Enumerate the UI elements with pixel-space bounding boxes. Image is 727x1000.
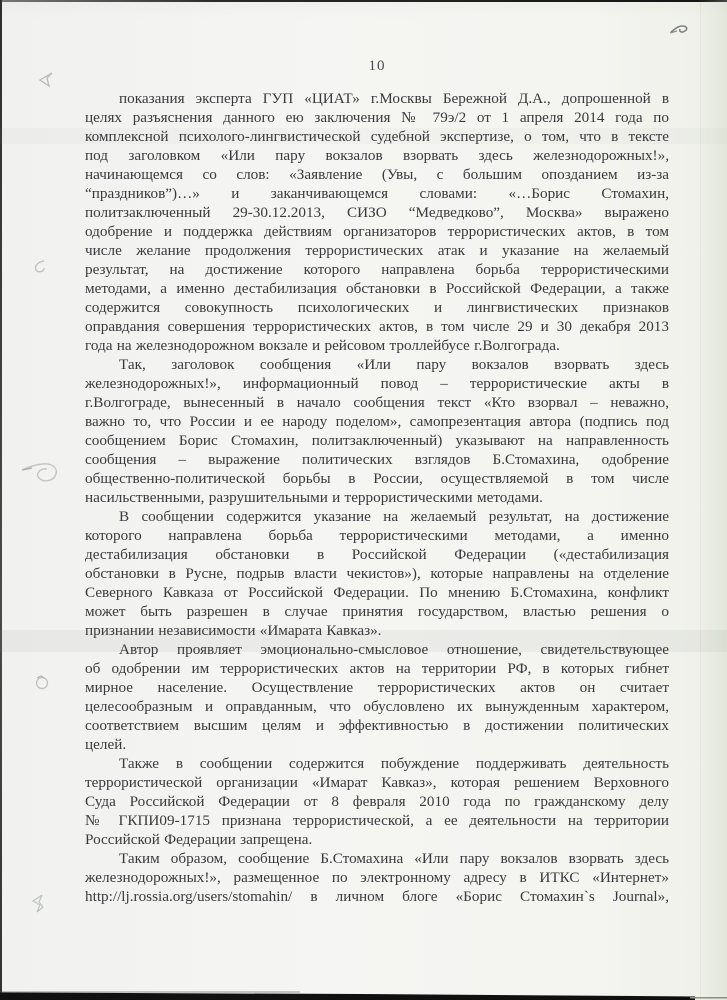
text-line: Автор проявляет эмоционально-смысловое о… [85, 640, 669, 659]
text-line: политзаключенный 29-30.12.2013, СИЗО “Ме… [85, 203, 669, 222]
text-line: железнодорожных!», информационный повод … [85, 374, 669, 393]
text-line: может быть разрешен в случае принятия го… [85, 602, 669, 621]
text-line: целях разъяснения данного ею заключения … [85, 108, 669, 127]
scan-edge-left [0, 0, 2, 1000]
text-line: целесообразным и оправданным, что обусло… [85, 697, 669, 716]
text-line: обстановки в Русне, подрыв власти чекист… [85, 564, 669, 583]
text-line: числе желание продолжения террористическ… [85, 241, 669, 260]
text-line: Северного Кавказа от Российской Федераци… [85, 583, 669, 602]
text-line: Таким образом, сообщение Б.Стомахина «Ил… [85, 849, 669, 868]
paper-scuff-icon [30, 258, 50, 276]
text-line: сообщения – выражение политических взгля… [85, 450, 669, 469]
paragraph: Таким образом, сообщение Б.Стомахина «Ил… [85, 849, 669, 906]
text-line: начинающемся со слов: «Заявление (Увы, с… [85, 165, 669, 184]
text-line: целей. [85, 735, 669, 754]
page-number: 10 [85, 58, 669, 75]
text-line: Так, заголовок сообщения «Или пару вокза… [85, 355, 669, 374]
text-line: Суда Российской Федерации от 8 февраля 2… [85, 792, 669, 811]
paragraph: Также в сообщении содержится побуждение … [85, 754, 669, 849]
text-line: насильственными, разрушительными и терро… [85, 488, 669, 507]
paragraph: В сообщении содержится указание на желае… [85, 507, 669, 640]
paragraph: Так, заголовок сообщения «Или пару вокза… [85, 355, 669, 507]
paper-scuff-icon [36, 70, 58, 92]
scan-shade-right [697, 0, 727, 1000]
text-line: методами, а именно дестабилизация обстан… [85, 279, 669, 298]
text-line: одобрение и поддержка действиям организа… [85, 222, 669, 241]
scan-fold-line [700, 0, 701, 1000]
text-line: содержится совокупность психологических … [85, 298, 669, 317]
text-line: железнодорожных!», размещенное по электр… [85, 868, 669, 887]
text-body: показания эксперта ГУП «ЦИАТ» г.Москвы Б… [85, 89, 669, 906]
text-line: результат, на достижение которого направ… [85, 260, 669, 279]
scan-edge-top [0, 0, 727, 2]
paper-scuff-icon [28, 892, 52, 918]
text-line: года на железнодорожном вокзале и рейсов… [85, 336, 669, 355]
text-line: “праздников”)…» и заканчивающемся словам… [85, 184, 669, 203]
text-line: важно то, что России и ее народу поделом… [85, 412, 669, 431]
paragraph: показания эксперта ГУП «ЦИАТ» г.Москвы Б… [85, 89, 669, 355]
paper-scuff-icon [32, 672, 52, 692]
text-line: В сообщении содержится указание на желае… [85, 507, 669, 526]
text-line: Российской Федерации запрещена. [85, 830, 669, 849]
text-line: под заголовком «Или пару вокзалов взорва… [85, 146, 669, 165]
text-line: мирное население. Осуществление террорис… [85, 678, 669, 697]
text-line: террористической организации «Имарат Кав… [85, 773, 669, 792]
text-line: оправдания совершения террористических а… [85, 317, 669, 336]
text-line: http://lj.rossia.org/users/stomahin/ в л… [85, 887, 669, 906]
text-line: которого направлена борьба террористичес… [85, 526, 669, 545]
scanned-document-page: 10 показания эксперта ГУП «ЦИАТ» г.Москв… [0, 0, 727, 1000]
text-line: сообщением Борис Стомахин, политзаключен… [85, 431, 669, 450]
text-line: об одобрении им террористических актов н… [85, 659, 669, 678]
text-line: общественно-политической борьбы в России… [85, 469, 669, 488]
paper-smudge-icon [20, 458, 64, 488]
text-line: г.Волгограде, вынесенный в начало сообще… [85, 393, 669, 412]
text-line: Также в сообщении содержится побуждение … [85, 754, 669, 773]
text-line: признании независимости «Имарата Кавказ»… [85, 621, 669, 640]
text-line: дестабилизация обстановки в Российской Ф… [85, 545, 669, 564]
text-line: № ГКПИ09-1715 признана террористической,… [85, 811, 669, 830]
paragraph: Автор проявляет эмоционально-смысловое о… [85, 640, 669, 754]
text-line: показания эксперта ГУП «ЦИАТ» г.Москвы Б… [85, 89, 669, 108]
pen-squiggle-icon [668, 20, 696, 40]
text-line: комплексной психолого-лингвистической су… [85, 127, 669, 146]
text-line: соответствием высшим целям и эффективнос… [85, 716, 669, 735]
